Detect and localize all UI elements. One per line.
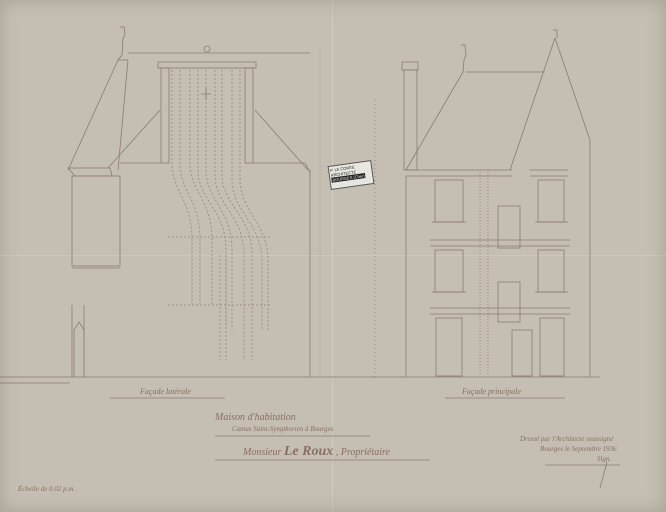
flue-lines xyxy=(168,70,270,360)
owner-prefix: Monsieur xyxy=(243,447,281,458)
title-line-2: Camus Saint-Symphorien à Bourges xyxy=(232,425,333,433)
title-line-1: Maison d'habitation xyxy=(215,412,296,423)
dimension-chain xyxy=(480,172,488,376)
left-elevation xyxy=(68,27,310,377)
right-elevation xyxy=(402,30,590,377)
right-view-label: Façade principale xyxy=(462,387,521,396)
architectural-drawing-sheet: P. LE COMTE ARCHITECTE BOURGES (Cher) Fa… xyxy=(0,0,666,512)
scale-note: Échelle de 0.02 p.m. xyxy=(18,485,75,493)
owner-line: Monsieur Le Roux , Propriétaire xyxy=(243,444,390,460)
owner-suffix: , Propriétaire xyxy=(336,447,390,458)
left-view-label: Façade latérale xyxy=(140,387,191,396)
signature-line-2: Bourges le Septembre 1936 xyxy=(540,445,617,453)
signature-mark: Sign. xyxy=(597,455,611,463)
owner-name: Le Roux xyxy=(284,444,333,459)
signature-line-1: Dressé par l'Architecte soussigné xyxy=(520,435,613,443)
